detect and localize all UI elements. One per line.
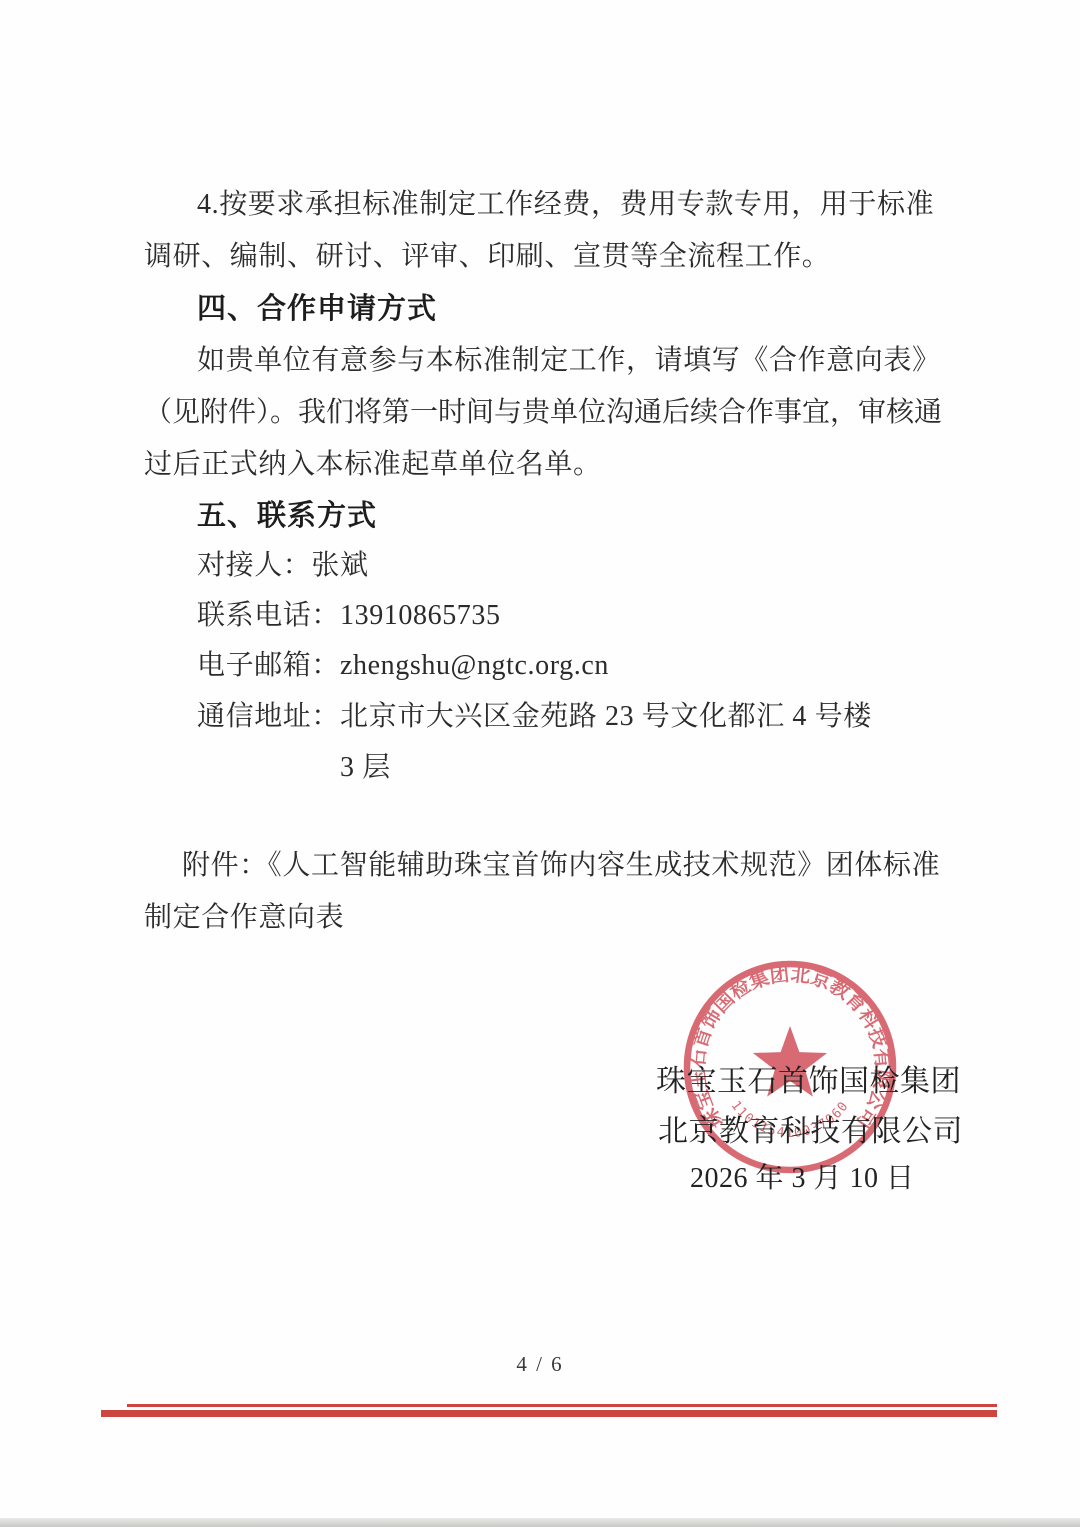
attachment-line-1: 附件：《人工智能辅助珠宝首饰内容生成技术规范》团体标准 bbox=[182, 849, 940, 883]
para-apply-line-1: 如贵单位有意参与本标准制定工作，请填写《合作意向表》 bbox=[197, 344, 941, 378]
section-heading-contact: 五、联系方式 bbox=[197, 499, 377, 533]
para-funding-line-1: 4.按要求承担标准制定工作经费，费用专款专用，用于标准 bbox=[197, 188, 934, 222]
attachment-line-2: 制定合作意向表 bbox=[144, 901, 344, 935]
signature-org-line-1: 珠宝玉石首饰国检集团 bbox=[656, 1056, 961, 1100]
contact-email-line: 电子邮箱：zhengshu@ngtc.org.cn bbox=[197, 649, 609, 683]
footer-rule-thin bbox=[127, 1404, 997, 1407]
para-apply-line-3: 过后正式纳入本标准起草单位名单。 bbox=[144, 448, 602, 482]
contact-address-line-1: 通信地址：北京市大兴区金苑路 23 号文化都汇 4 号楼 bbox=[197, 700, 872, 734]
page-number: 4 / 6 bbox=[0, 1352, 1080, 1377]
scan-bottom-edge bbox=[0, 1518, 1080, 1527]
contact-phone-line: 联系电话：13910865735 bbox=[197, 599, 501, 633]
signature-date: 2026 年 3 月 10 日 bbox=[690, 1156, 915, 1196]
contact-address-line-2: 3 层 bbox=[340, 751, 391, 785]
section-heading-apply: 四、合作申请方式 bbox=[197, 292, 437, 326]
para-apply-line-2: （见附件）。我们将第一时间与贵单位沟通后续合作事宜，审核通 bbox=[144, 396, 942, 430]
document-page: 4.按要求承担标准制定工作经费，费用专款专用，用于标准 调研、编制、研讨、评审、… bbox=[0, 0, 1080, 1527]
footer-rule-thick bbox=[101, 1410, 997, 1417]
signature-org-line-2: 北京教育科技有限公司 bbox=[658, 1106, 963, 1150]
contact-person-line: 对接人：张斌 bbox=[197, 549, 369, 583]
para-funding-line-2: 调研、编制、研讨、评审、印刷、宣贯等全流程工作。 bbox=[144, 240, 830, 274]
